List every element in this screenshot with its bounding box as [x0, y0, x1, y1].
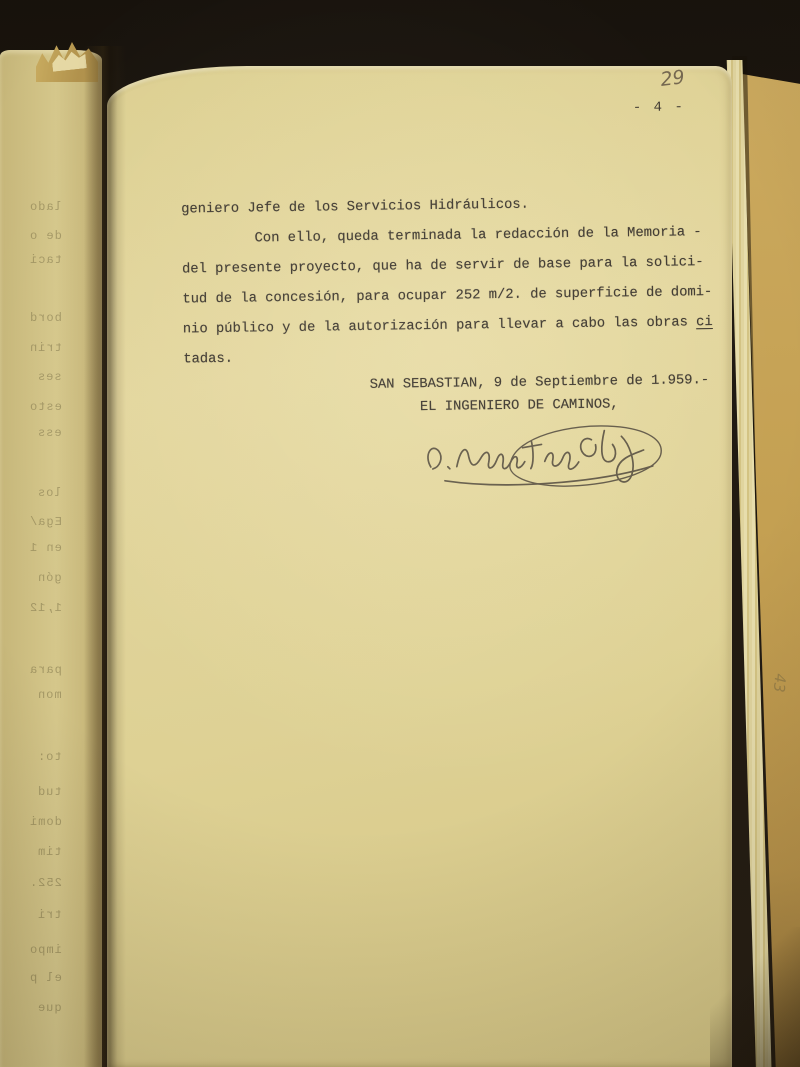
continuation-syllable: ci: [696, 315, 713, 330]
corner-number-annotation: 29: [659, 66, 686, 91]
bleed-fragment: esto: [29, 400, 62, 414]
bleed-fragment: en 1: [29, 541, 62, 555]
bleed-fragment: lado: [29, 200, 62, 214]
signature-scrawl: [414, 408, 675, 504]
bleed-fragment: tim: [37, 845, 62, 859]
bleed-fragment: ses: [37, 370, 62, 384]
dateline: SAN SEBASTIAN, 9 de Septiembre de 1.959.…: [370, 369, 710, 397]
bleed-fragment: trin: [29, 341, 62, 355]
bleed-fragment: gón: [37, 571, 62, 585]
page-number: - 4 -: [633, 99, 685, 116]
bleed-fragment: ess: [37, 426, 62, 440]
bleed-fragment: to:: [37, 750, 62, 764]
bleedthrough-text-layer: lado de o taci bord trin ses esto ess lo…: [0, 0, 72, 1067]
bleed-fragment: para: [29, 663, 62, 677]
bleed-fragment: tri: [37, 908, 62, 922]
main-page: 29 - 4 - geniero Jefe de los Servicios H…: [107, 66, 732, 1067]
bleed-fragment: 252.: [29, 876, 62, 890]
bleed-fragment: taci: [29, 253, 62, 267]
document-photo: lado de o taci bord trin ses esto ess lo…: [0, 0, 800, 1067]
edge-number: 43: [770, 673, 789, 693]
bleed-fragment: el p: [29, 971, 62, 985]
bleed-fragment: impo: [29, 943, 62, 957]
bleed-fragment: tud: [37, 785, 62, 799]
bleed-fragment: que: [37, 1001, 62, 1015]
bleed-fragment: los: [37, 486, 62, 500]
bleed-fragment: domi: [29, 815, 62, 829]
body-text-block: geniero Jefe de los Servicios Hidráulico…: [181, 188, 735, 376]
bleed-fragment: bord: [29, 311, 62, 325]
bleed-fragment: de o: [29, 229, 62, 243]
bleed-fragment: Ega/: [29, 515, 62, 529]
bleed-fragment: mon: [37, 688, 62, 702]
body-line-text: nio público y de la autorización para ll…: [183, 315, 696, 337]
typed-text-layer: 29 - 4 - geniero Jefe de los Servicios H…: [104, 61, 743, 1067]
bleed-fragment: 1,12: [29, 601, 62, 615]
